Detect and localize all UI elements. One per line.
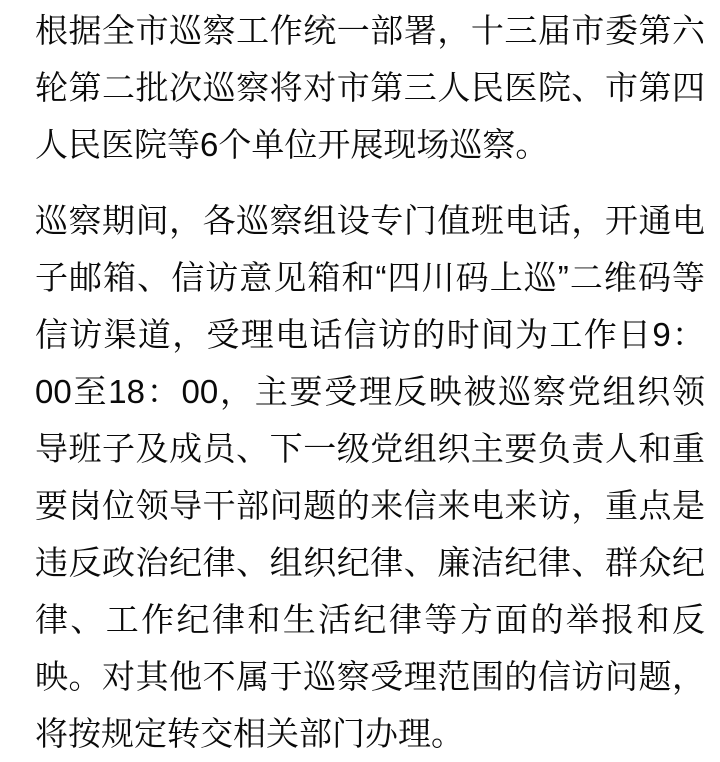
text-line: 违反政治纪律、组织纪律、廉洁纪律、群众纪	[35, 534, 705, 591]
article-body: 根据全市巡察工作统一部署，十三届市委第六 轮第二批次巡察将对市第三人民医院、市第…	[0, 0, 720, 762]
text-line: 轮第二批次巡察将对市第三人民医院、市第四	[35, 59, 705, 116]
text-line: 根据全市巡察工作统一部署，十三届市委第六	[35, 2, 705, 59]
text-line: 映。对其他不属于巡察受理范围的信访问题，	[35, 648, 705, 705]
text-line: 00至18：00，主要受理反映被巡察党组织领	[35, 363, 705, 420]
text-line: 导班子及成员、下一级党组织主要负责人和重	[35, 420, 705, 477]
text-line: 信访渠道，受理电话信访的时间为工作日9：	[35, 306, 705, 363]
text-line: 巡察期间，各巡察组设专门值班电话，开通电	[35, 192, 705, 249]
paragraph-announcement: 根据全市巡察工作统一部署，十三届市委第六 轮第二批次巡察将对市第三人民医院、市第…	[35, 2, 705, 173]
text-line: 律、工作纪律和生活纪律等方面的举报和反	[35, 591, 705, 648]
text-line: 子邮箱、信访意见箱和“四川码上巡”二维码等	[35, 249, 705, 306]
text-line: 将按规定转交相关部门办理。	[35, 705, 705, 762]
paragraph-contact-details: 巡察期间，各巡察组设专门值班电话，开通电 子邮箱、信访意见箱和“四川码上巡”二维…	[35, 192, 705, 762]
text-line: 要岗位领导干部问题的来信来电来访，重点是	[35, 477, 705, 534]
text-line: 人民医院等6个单位开展现场巡察。	[35, 116, 705, 173]
